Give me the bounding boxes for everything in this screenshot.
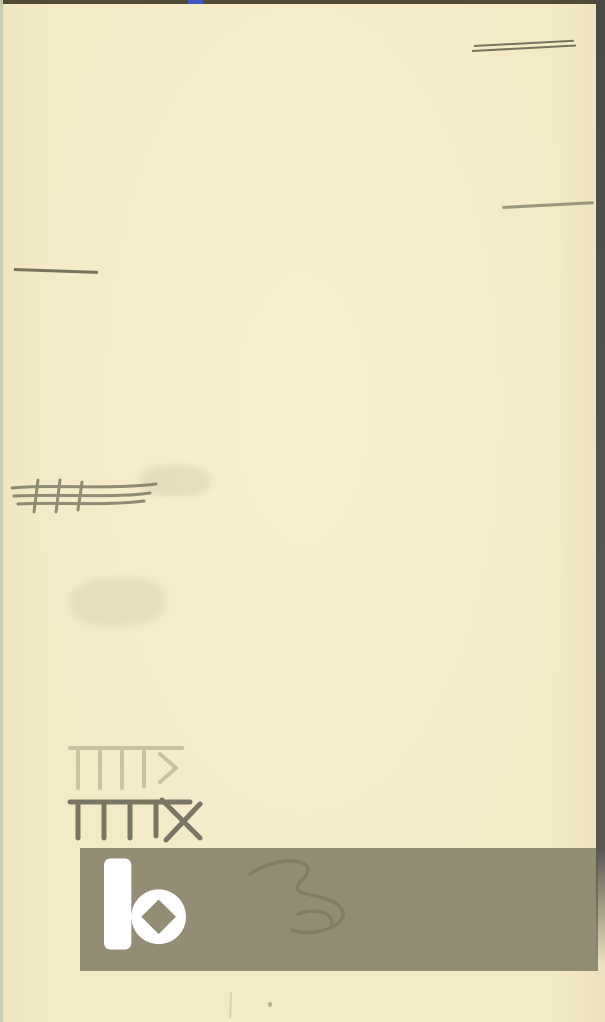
paper-crease: [229, 992, 232, 1018]
bridgeman-logo-b-icon: [104, 858, 186, 950]
scan-edge-top: [0, 0, 605, 4]
paper-speck: [268, 1002, 272, 1007]
scan-edge-left: [0, 0, 3, 1022]
scan-blue-mark: [188, 0, 203, 4]
tally-marks-faint: [64, 738, 194, 796]
pencil-smudge: [69, 576, 166, 627]
scanned-letter: [0, 0, 605, 1022]
yes-underline: [14, 268, 98, 274]
pen-flourish: [502, 201, 594, 209]
scan-edge-right: [596, 0, 605, 965]
pencil-smudge: [140, 466, 210, 496]
tally-marks-dark: [62, 792, 206, 846]
